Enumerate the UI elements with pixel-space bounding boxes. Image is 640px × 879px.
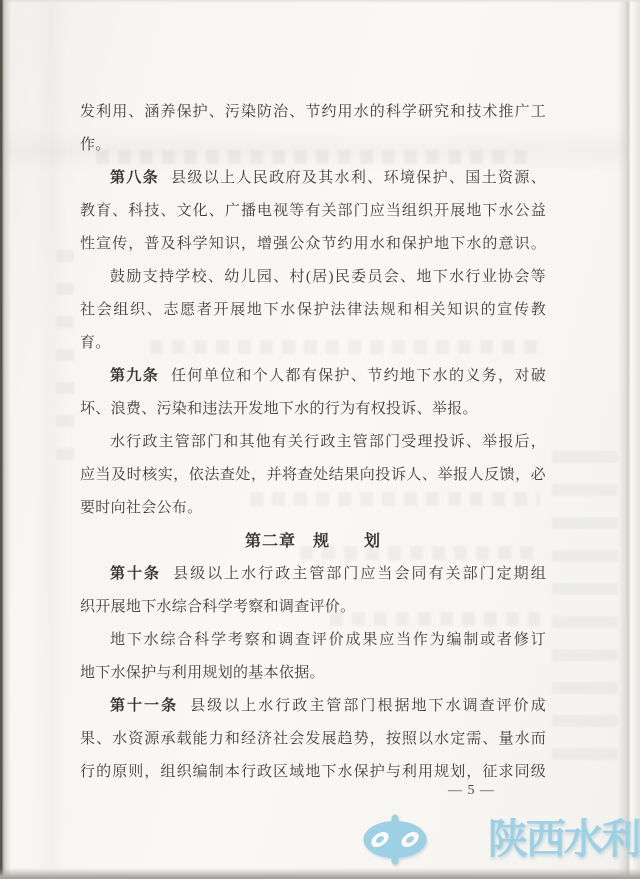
line-text: 行的原则，组织编制本行政区域地下水保护与利用规划，征求同级 <box>80 764 546 780</box>
text-line: 坏、浪费、污染和违法开发地下水的行为有权投诉、举报。 <box>80 393 546 426</box>
text-line: 应当及时核实，依法查处，并将查处结果向投诉人、举报人反馈，必 <box>80 459 546 492</box>
line-text: 作。 <box>80 137 111 153</box>
text-line: 社会组织、志愿者开展地下水保护法律法规和相关知识的宣传教 <box>80 294 546 327</box>
line-text: 任何单位和个人都有保护、节约地下水的义务，对破 <box>171 368 546 384</box>
text-line: 第九条任何单位和个人都有保护、节约地下水的义务，对破 <box>80 360 546 393</box>
line-text: 性宣传，普及科学知识，增强公众节约用水和保护地下水的意识。 <box>80 236 546 252</box>
text-line: 鼓励支持学校、幼儿园、村(居)民委员会、地下水行业协会等 <box>80 261 546 294</box>
scanned-document-page: 发利用、涵养保护、污染防治、节约用水的科学研究和技术推广工作。第八条县级以上人民… <box>0 0 640 879</box>
text-line: 水行政主管部门和其他有关行政主管部门受理投诉、举报后， <box>80 426 546 459</box>
text-line: 第十条县级以上水行政主管部门应当会同有关部门定期组 <box>80 558 546 591</box>
text-line: 发利用、涵养保护、污染防治、节约用水的科学研究和技术推广工 <box>80 96 546 129</box>
line-text: 县级以上水行政主管部门根据地下水调查评价成 <box>190 698 546 714</box>
text-line: 要时向社会公布。 <box>80 492 546 525</box>
text-line: 育。 <box>80 327 546 360</box>
article-number: 第十条 <box>110 566 161 582</box>
scan-edge-bottom <box>0 868 640 879</box>
scan-edge-left <box>0 0 11 879</box>
line-text: 织开展地下水综合科学考察和调查评价。 <box>80 599 355 615</box>
text-line: 果、水资源承载能力和经济社会发展趋势，按照以水定需、量水而 <box>80 723 546 756</box>
line-text: 发利用、涵养保护、污染防治、节约用水的科学研究和技术推广工 <box>80 104 546 120</box>
text-line: 地下水综合科学考察和调查评价成果应当作为编制或者修订 <box>80 624 546 657</box>
bleedthrough-artifact <box>56 240 74 460</box>
chapter-heading: 第二章 规 划 <box>80 525 546 558</box>
line-text: 果、水资源承载能力和经济社会发展趋势，按照以水定需、量水而 <box>80 731 546 747</box>
line-text: 应当及时核实，依法查处，并将查处结果向投诉人、举报人反馈，必 <box>80 467 546 483</box>
text-line: 织开展地下水综合科学考察和调查评价。 <box>80 591 546 624</box>
line-text: 坏、浪费、污染和违法开发地下水的行为有权投诉、举报。 <box>80 401 478 417</box>
text-line: 第十一条县级以上水行政主管部门根据地下水调查评价成 <box>80 690 546 723</box>
line-text: 县级以上人民政府及其水利、环境保护、国土资源、 <box>171 170 546 186</box>
line-text: 社会组织、志愿者开展地下水保护法律法规和相关知识的宣传教 <box>80 302 546 318</box>
article-number: 第十一条 <box>110 698 178 714</box>
water-conservancy-emblem-icon <box>362 813 428 866</box>
line-text: 要时向社会公布。 <box>80 500 202 516</box>
page-edge-right <box>618 0 640 879</box>
line-text: 鼓励支持学校、幼儿园、村(居)民委员会、地下水行业协会等 <box>110 269 546 285</box>
line-text: 县级以上水行政主管部门应当会同有关部门定期组 <box>173 566 546 582</box>
line-text: 第二章 规 划 <box>245 533 381 550</box>
line-text: 育。 <box>80 335 111 351</box>
bleedthrough-artifact <box>552 430 618 760</box>
text-line: 第八条县级以上人民政府及其水利、环境保护、国土资源、 <box>80 162 546 195</box>
scan-edge-top <box>0 0 640 3</box>
text-line: 作。 <box>80 129 546 162</box>
text-line: 地下水保护与利用规划的基本依据。 <box>80 657 546 690</box>
publisher-watermark: 陕西水利 <box>362 810 640 868</box>
article-number: 第九条 <box>110 368 159 384</box>
article-number: 第八条 <box>110 170 159 186</box>
text-line: 性宣传，普及科学知识，增强公众节约用水和保护地下水的意识。 <box>80 228 546 261</box>
document-body: 发利用、涵养保护、污染防治、节约用水的科学研究和技术推广工作。第八条县级以上人民… <box>80 96 546 789</box>
line-text: 地下水综合科学考察和调查评价成果应当作为编制或者修订 <box>110 632 546 648</box>
watermark-text: 陕西水利 <box>488 819 639 860</box>
line-text: 水行政主管部门和其他有关行政主管部门受理投诉、举报后， <box>110 434 546 450</box>
text-line: 教育、科技、文化、广播电视等有关部门应当组织开展地下水公益 <box>80 195 546 228</box>
line-text: 地下水保护与利用规划的基本依据。 <box>80 665 325 681</box>
line-text: 教育、科技、文化、广播电视等有关部门应当组织开展地下水公益 <box>80 203 546 219</box>
page-number: — 5 — <box>448 783 538 799</box>
